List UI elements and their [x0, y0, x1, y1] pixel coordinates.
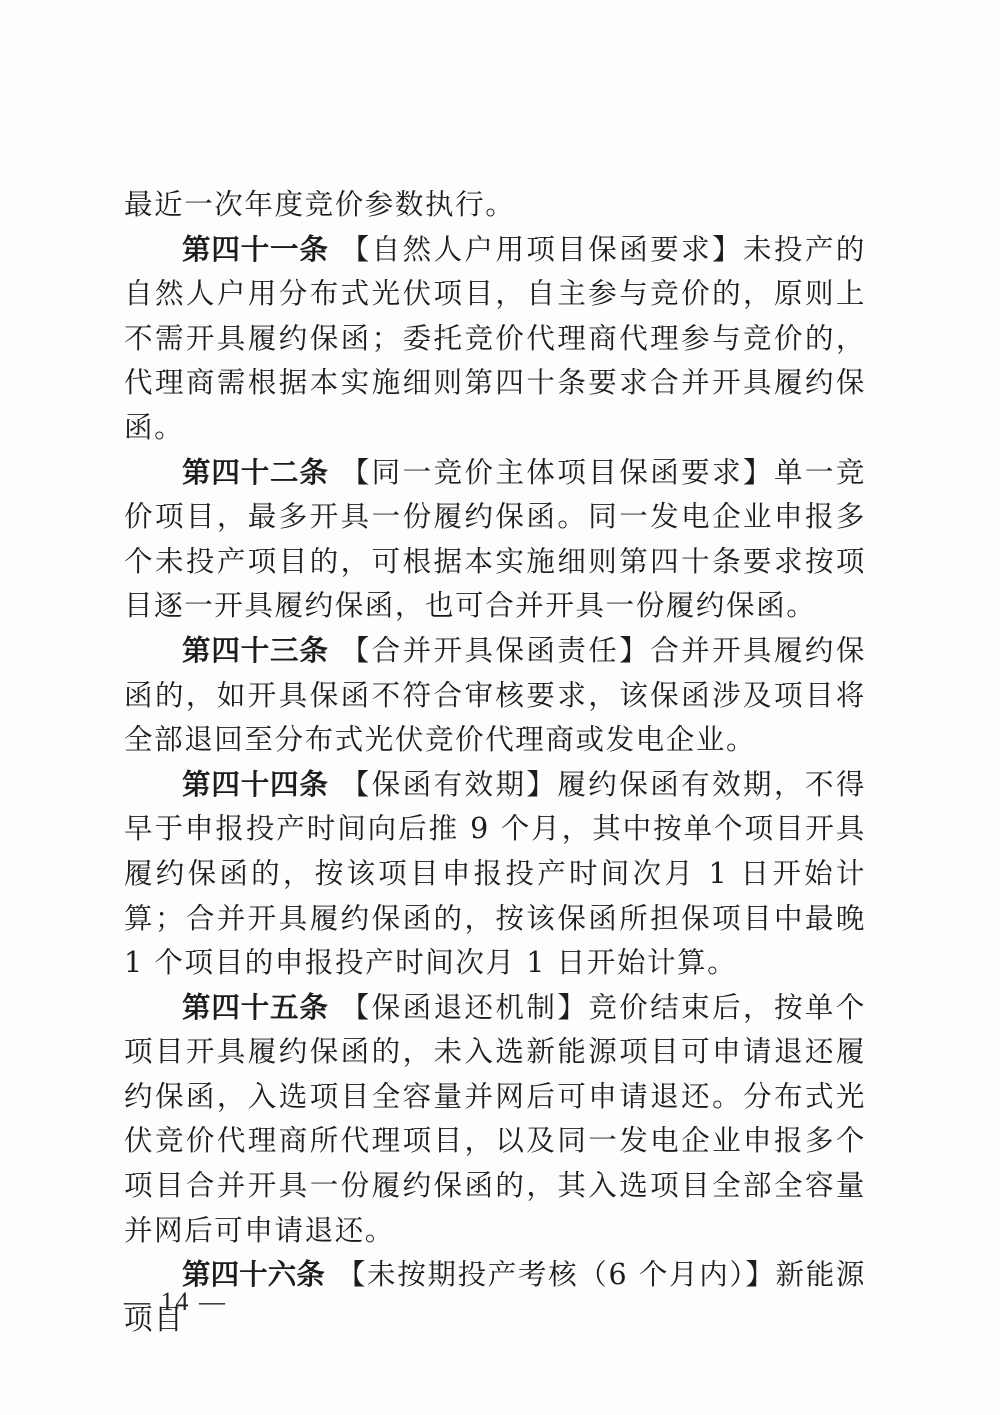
article-43: 第四十三条【合并开具保函责任】合并开具履约保函的，如开具保函不符合审核要求，该保… [124, 629, 866, 763]
article-42: 第四十二条【同一竞价主体项目保函要求】单一竞价项目，最多开具一份履约保函。同一发… [124, 451, 866, 629]
page-number: — 14 — [124, 1287, 227, 1317]
article-title: 【保函退还机制】 [341, 991, 589, 1024]
article-45: 第四十五条【保函退还机制】竞价结束后，按单个项目开具履约保函的，未入选新能源项目… [124, 986, 866, 1254]
article-number: 第四十四条 [182, 768, 329, 801]
article-46: 第四十六条【未按期投产考核（6 个月内）】新能源项目 [124, 1253, 866, 1342]
continuation-paragraph: 最近一次年度竞价参数执行。 [124, 183, 866, 228]
document-page: 最近一次年度竞价参数执行。 第四十一条【自然人户用项目保函要求】未投产的自然人户… [0, 0, 1000, 1415]
article-title: 【合并开具保函责任】 [341, 634, 650, 667]
article-body: 竞价结束后，按单个项目开具履约保函的，未入选新能源项目可申请退还履约保函，入选项… [124, 991, 866, 1247]
article-number: 第四十一条 [182, 233, 329, 266]
article-title: 【保函有效期】 [341, 768, 558, 801]
article-number: 第四十三条 [182, 634, 329, 667]
article-44: 第四十四条【保函有效期】履约保函有效期，不得早于申报投产时间向后推 9 个月，其… [124, 763, 866, 986]
article-number: 第四十五条 [182, 991, 329, 1024]
article-title: 【未按期投产考核（6 个月内）】 [337, 1258, 776, 1291]
article-number: 第四十二条 [182, 456, 329, 489]
document-body: 最近一次年度竞价参数执行。 第四十一条【自然人户用项目保函要求】未投产的自然人户… [124, 183, 866, 1342]
article-title: 【自然人户用项目保函要求】 [341, 233, 743, 266]
article-41: 第四十一条【自然人户用项目保函要求】未投产的自然人户用分布式光伏项目，自主参与竞… [124, 228, 866, 451]
article-title: 【同一竞价主体项目保函要求】 [341, 456, 774, 489]
